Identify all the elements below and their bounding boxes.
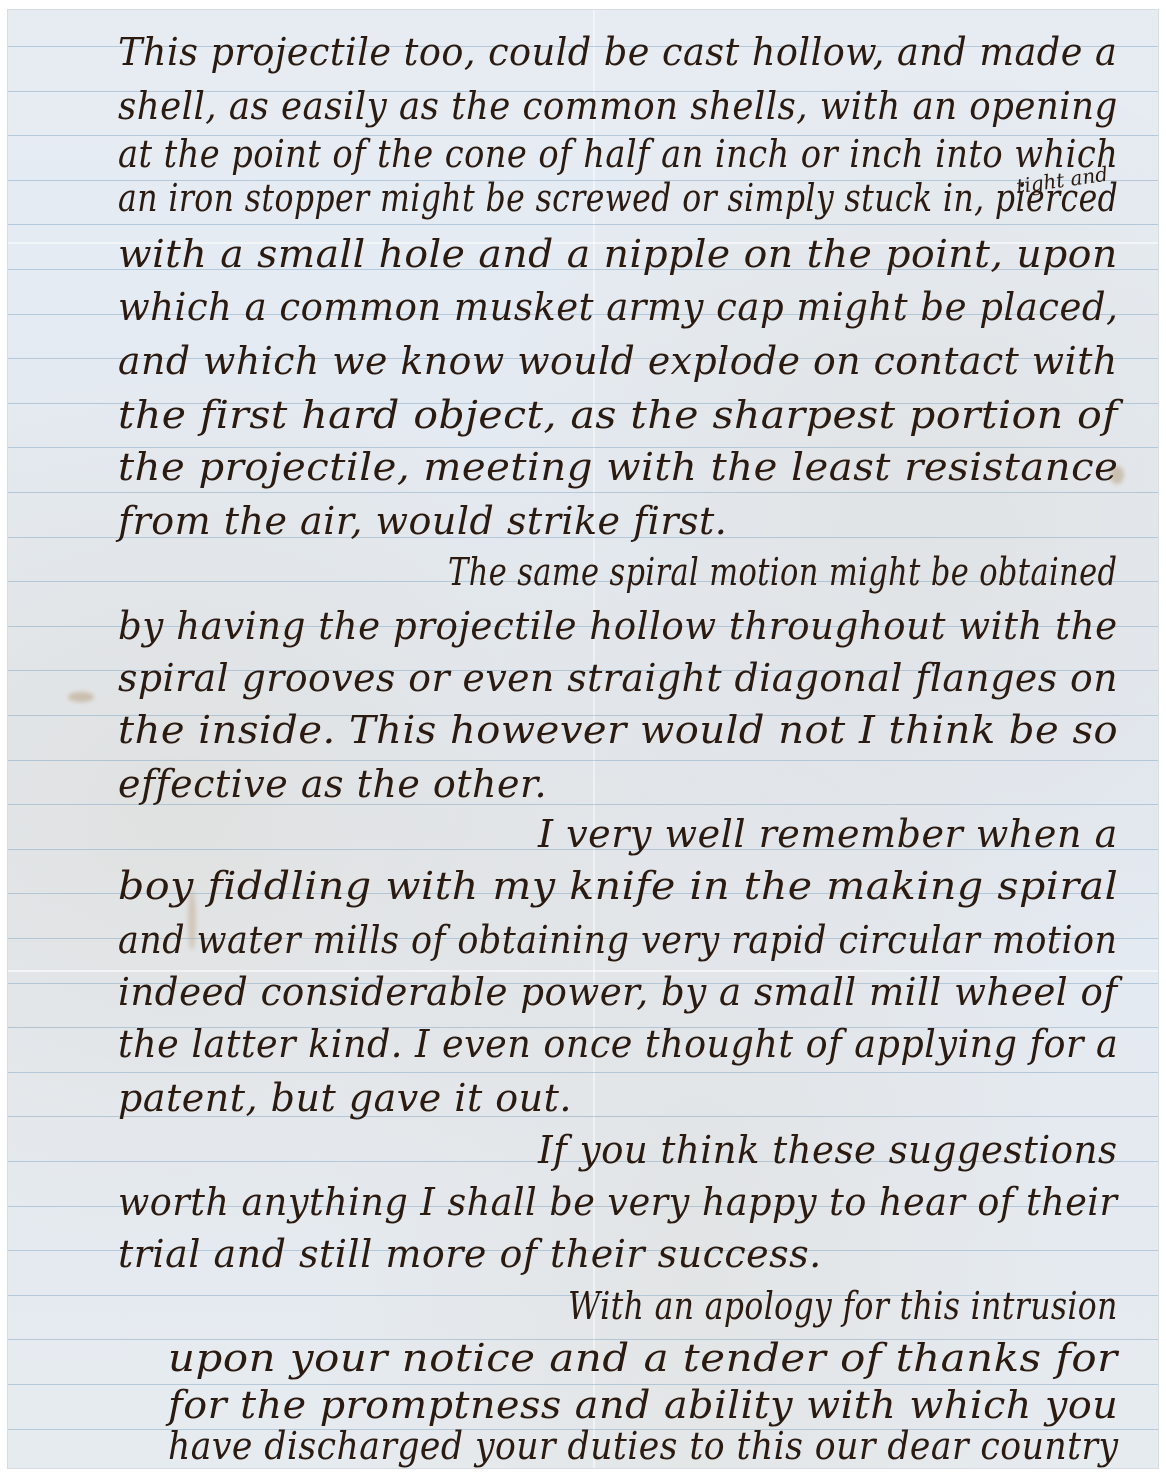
- handwritten-line: trial and still more of their success.: [118, 1232, 822, 1276]
- handwritten-line: and water mills of obtaining very rapid …: [118, 918, 1117, 962]
- handwritten-line: spiral grooves or even straight diagonal…: [118, 656, 1118, 700]
- handwritten-line: have discharged your duties to this our …: [168, 1424, 1118, 1468]
- handwritten-line: the first hard object, as the sharpest p…: [118, 393, 1118, 437]
- handwritten-line: indeed considerable power, by a small mi…: [118, 970, 1118, 1014]
- handwritten-line: boy fiddling with my knife in the making…: [118, 864, 1118, 908]
- handwritten-line: by having the projectile hollow througho…: [118, 604, 1118, 648]
- ruled-line: [8, 760, 1158, 761]
- ruled-line: [8, 492, 1158, 493]
- handwritten-line: the latter kind. I even once thought of …: [118, 1022, 1118, 1066]
- ink-stain: [68, 692, 94, 702]
- handwritten-line: which a common musket army cap might be …: [118, 285, 1118, 329]
- letter-page: tight and This projectile too, could be …: [8, 10, 1158, 1468]
- handwritten-line: patent, but gave it out.: [118, 1076, 572, 1120]
- handwritten-line: The same spiral motion might be obtained: [448, 550, 1117, 594]
- handwritten-line: shell, as easily as the common shells, w…: [118, 84, 1118, 128]
- handwritten-line: from the air, would strike first.: [118, 499, 727, 543]
- handwritten-line: and which we know would explode on conta…: [118, 339, 1118, 383]
- handwritten-line: upon your notice and a tender of thanks …: [168, 1336, 1118, 1380]
- handwritten-line: the projectile, meeting with the least r…: [118, 445, 1118, 489]
- handwritten-line: for the promptness and ability with whic…: [168, 1383, 1118, 1427]
- ruled-line: [8, 224, 1158, 225]
- ruled-line: [8, 1072, 1158, 1073]
- handwritten-line: an iron stopper might be screwed or simp…: [118, 176, 1118, 220]
- handwritten-line: with a small hole and a nipple on the po…: [118, 232, 1118, 276]
- handwritten-line: at the point of the cone of half an inch…: [118, 132, 1118, 176]
- handwritten-line: If you think these suggestions: [538, 1128, 1117, 1172]
- handwritten-line: With an apology for this intrusion: [568, 1284, 1118, 1328]
- handwritten-line: the inside. This however would not I thi…: [118, 708, 1118, 752]
- handwritten-line: I very well remember when a: [538, 812, 1118, 856]
- handwritten-line: effective as the other.: [118, 762, 547, 806]
- handwritten-line: This projectile too, could be cast hollo…: [118, 30, 1117, 74]
- handwritten-line: worth anything I shall be very happy to …: [118, 1180, 1117, 1224]
